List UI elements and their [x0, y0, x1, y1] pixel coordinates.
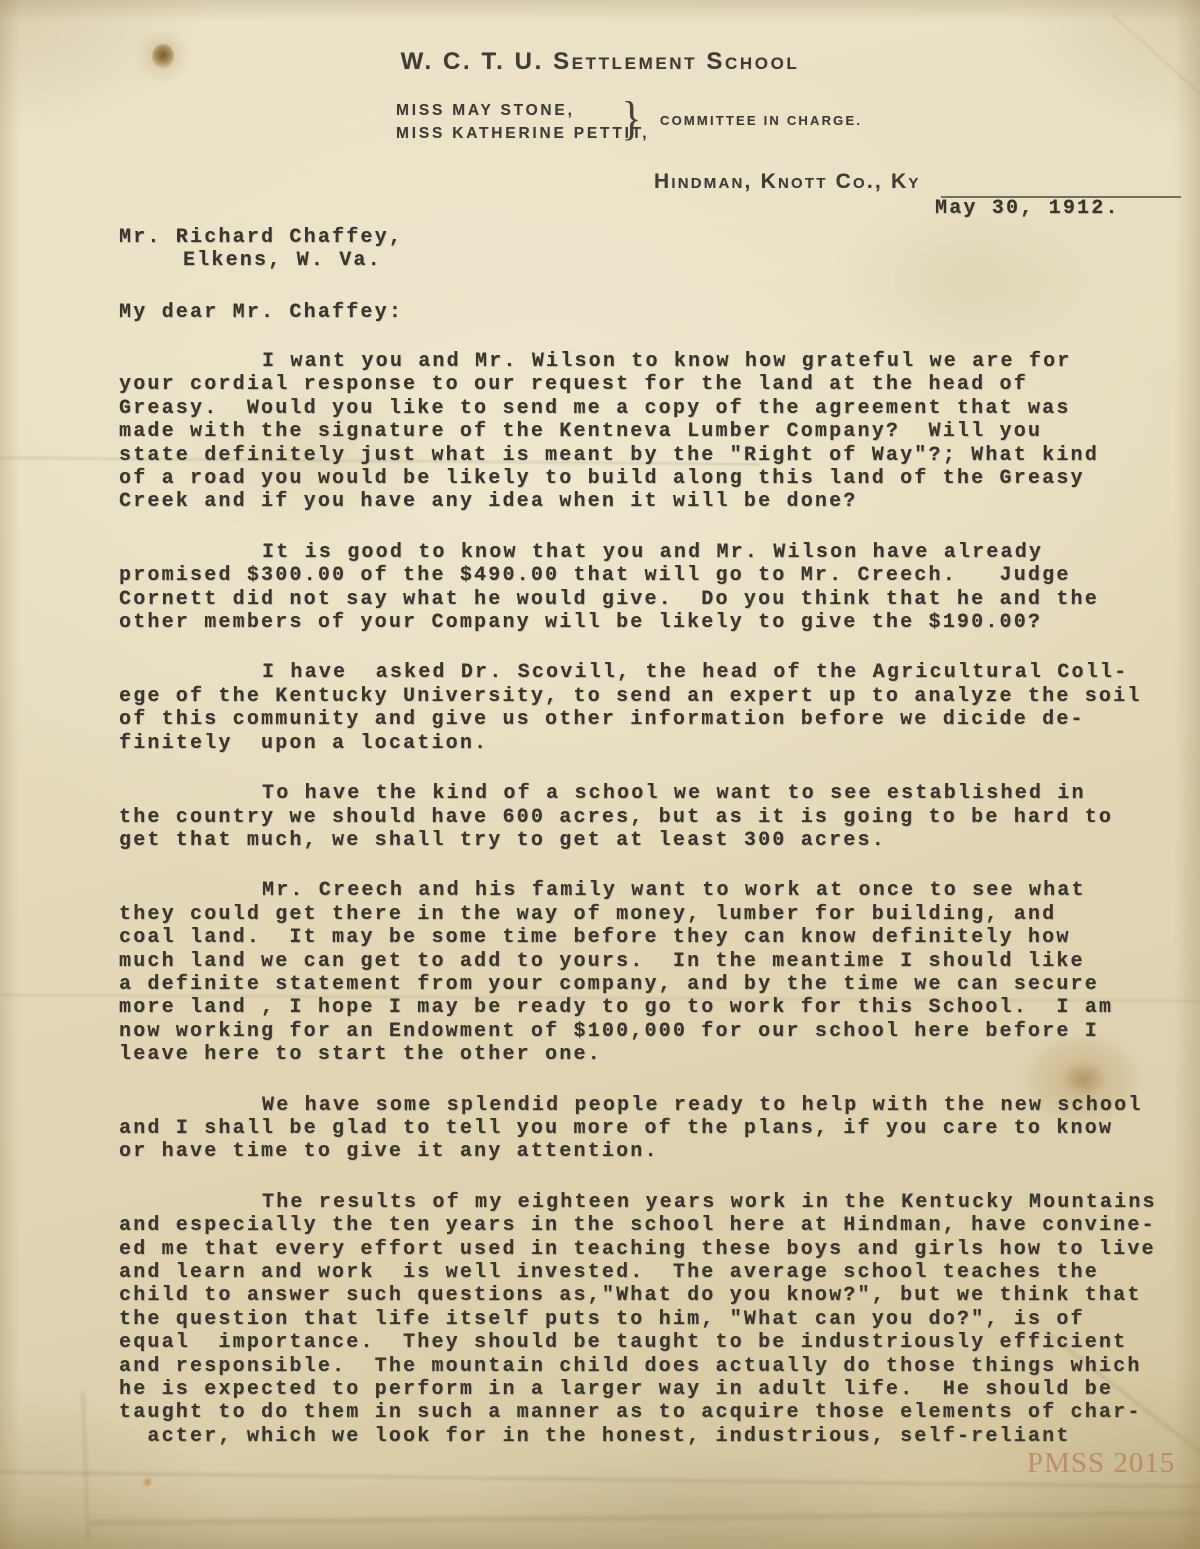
crease [0, 1471, 1200, 1489]
paragraph: I want you and Mr. Wilson to know how gr… [119, 350, 1183, 514]
letter-page: W. C. T. U. Settlement School Miss May S… [0, 0, 1200, 1549]
paragraph: We have some splendid people ready to he… [119, 1094, 1183, 1164]
stain [840, 200, 1100, 360]
committee-name-line: Miss Katherine Pettit, [396, 123, 649, 146]
crease [81, 1392, 89, 1542]
letterhead-committee-names: Miss May Stone, Miss Katherine Pettit, [396, 100, 649, 145]
committee-in-charge-label: Committee in Charge. [660, 113, 862, 128]
salutation: My dear Mr. Chaffey: [119, 301, 403, 324]
committee-name-line: Miss May Stone, [396, 100, 649, 123]
stain [480, 1455, 920, 1549]
paragraph: It is good to know that you and Mr. Wils… [119, 541, 1183, 635]
paragraph: I have asked Dr. Scovill, the head of th… [119, 661, 1183, 755]
pmss-watermark: PMSS 2015 [1027, 1447, 1175, 1480]
recipient-name-line: Mr. Richard Chaffey, [119, 226, 403, 249]
recipient-block: Mr. Richard Chaffey, Elkens, W. Va. [119, 226, 403, 273]
paragraph: To have the kind of a school we want to … [119, 782, 1183, 852]
paragraph: Mr. Creech and his family want to work a… [119, 879, 1183, 1066]
paragraph: The results of my eighteen years work in… [119, 1191, 1183, 1448]
stain [142, 1477, 153, 1487]
letterhead-school-name: W. C. T. U. Settlement School [0, 48, 1200, 76]
brace-glyph: } [622, 97, 642, 141]
letter-body: I want you and Mr. Wilson to know how gr… [119, 350, 1183, 1448]
crease [90, 1511, 1200, 1525]
letterhead-place-line: Hindman, Knott Co., Ky [654, 170, 921, 194]
recipient-address-line: Elkens, W. Va. [183, 249, 403, 272]
typed-date: May 30, 1912. [935, 197, 1120, 220]
